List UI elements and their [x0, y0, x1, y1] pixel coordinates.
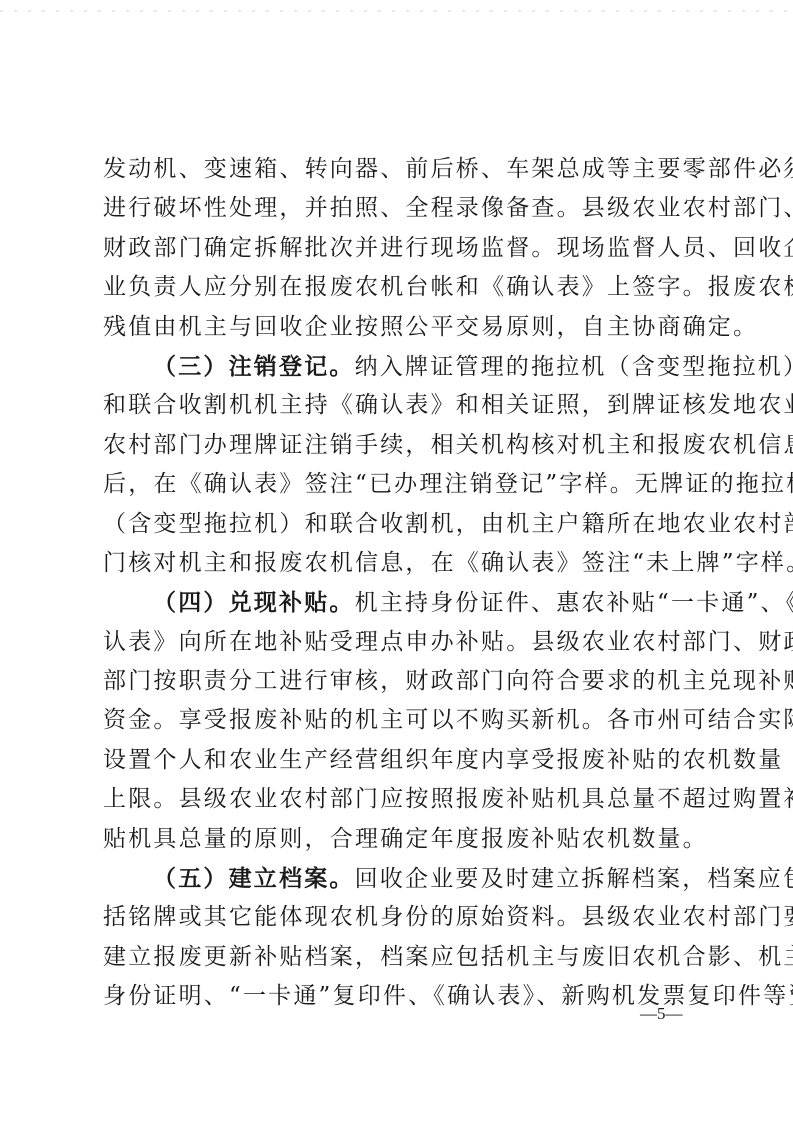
paragraph-continuation: 发动机、变速箱、转向器、前后桥、车架总成等主要零部件必须 进行破坏性处理，并拍照…	[103, 150, 693, 347]
section-heading: （五）建立档案。	[153, 865, 355, 892]
paragraph-section-4: （四）兑现补贴。机主持身份证件、惠农补贴“一卡通”、《确 认表》向所在地补贴受理…	[103, 583, 693, 859]
text-line: 设置个人和农业生产经营组织年度内享受报废补贴的农机数量	[103, 741, 691, 780]
text-line: 部门按职责分工进行审核，财政部门向符合要求的机主兑现补贴	[103, 662, 691, 701]
text-line: 进行破坏性处理，并拍照、全程录像备查。县级农业农村部门、	[103, 189, 691, 228]
text-line: 后，在《确认表》签注“已办理注销登记”字样。无牌证的拖拉机	[103, 465, 691, 504]
text-line: 财政部门确定拆解批次并进行现场监督。现场监督人员、回收企	[103, 229, 691, 268]
scan-artifact-edge	[0, 10, 793, 12]
text-run: 回收企业要及时建立拆解档案，档案应包	[355, 866, 793, 892]
page-number: —5—	[640, 1004, 683, 1024]
text-line: 农村部门办理牌证注销手续，相关机构核对机主和报废农机信息	[103, 426, 691, 465]
text-line: 上限。县级农业农村部门应按照报废补贴机具总量不超过购置补	[103, 780, 691, 819]
text-line: 门核对机主和报废农机信息，在《确认表》签注“未上牌”字样。	[103, 544, 691, 583]
text-run: 纳入牌证管理的拖拉机（含变型拖拉机）	[355, 354, 793, 380]
text-line: 资金。享受报废补贴的机主可以不购买新机。各市州可结合实际	[103, 701, 691, 740]
text-run: 机主持身份证件、惠农补贴“一卡通”、《确	[355, 590, 793, 616]
section-heading: （三）注销登记。	[153, 353, 355, 380]
paragraph-section-5: （五）建立档案。回收企业要及时建立拆解档案，档案应包 括铭牌或其它能体现农机身份…	[103, 859, 693, 1017]
section-first-line: （三）注销登记。纳入牌证管理的拖拉机（含变型拖拉机）	[103, 347, 691, 386]
paragraph-section-3: （三）注销登记。纳入牌证管理的拖拉机（含变型拖拉机） 和联合收割机机主持《确认表…	[103, 347, 693, 583]
text-line: 身份证明、“一卡通”复印件、《确认表》、新购机发票复印件等资	[103, 977, 691, 1016]
text-line: 贴机具总量的原则，合理确定年度报废补贴农机数量。	[103, 820, 691, 859]
section-first-line: （五）建立档案。回收企业要及时建立拆解档案，档案应包	[103, 859, 691, 898]
section-heading: （四）兑现补贴。	[153, 589, 355, 616]
text-line: （含变型拖拉机）和联合收割机，由机主户籍所在地农业农村部	[103, 505, 691, 544]
document-body: 发动机、变速箱、转向器、前后桥、车架总成等主要零部件必须 进行破坏性处理，并拍照…	[103, 150, 693, 1017]
text-line: 认表》向所在地补贴受理点申办补贴。县级农业农村部门、财政	[103, 623, 691, 662]
text-line: 发动机、变速箱、转向器、前后桥、车架总成等主要零部件必须	[103, 150, 691, 189]
text-line: 残值由机主与回收企业按照公平交易原则，自主协商确定。	[103, 308, 691, 347]
text-line: 括铭牌或其它能体现农机身份的原始资料。县级农业农村部门要	[103, 898, 691, 937]
section-first-line: （四）兑现补贴。机主持身份证件、惠农补贴“一卡通”、《确	[103, 583, 691, 622]
text-line: 和联合收割机机主持《确认表》和相关证照，到牌证核发地农业	[103, 386, 691, 425]
text-line: 业负责人应分别在报废农机台帐和《确认表》上签字。报废农机	[103, 268, 691, 307]
text-line: 建立报废更新补贴档案，档案应包括机主与废旧农机合影、机主	[103, 938, 691, 977]
